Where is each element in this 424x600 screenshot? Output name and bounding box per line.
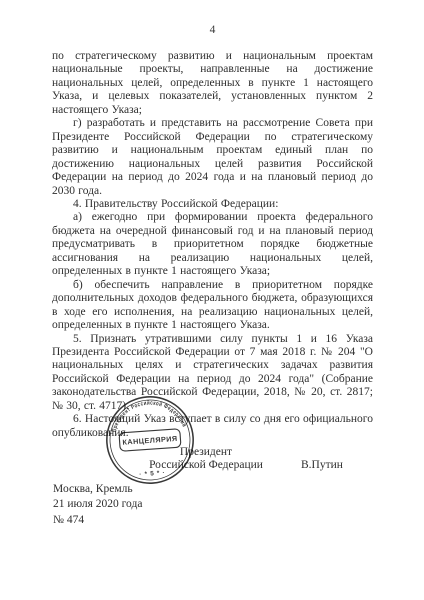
page-number: 4 xyxy=(52,24,373,36)
paragraph-point-5: 5. Признать утратившими силу пункты 1 и … xyxy=(52,333,373,414)
paragraph-point-6: 6. Настоящий Указ вступает в силу со дня… xyxy=(52,413,373,440)
document-page: 4 по стратегическому развитию и национал… xyxy=(0,0,424,600)
paragraph-continuation: по стратегическому развитию и национальн… xyxy=(52,50,373,117)
issue-date: 21 июля 2020 года xyxy=(53,497,142,512)
stamp-ring-text: Президент Российской Федерации xyxy=(110,397,187,433)
signatory-name: В.Путин xyxy=(301,459,343,472)
paragraph-item-b: б) обеспечить направление в приоритетном… xyxy=(52,279,373,333)
chancellery-stamp-icon: Президент Российской Федерации · * 5 * ·… xyxy=(101,391,199,489)
issue-details: Москва, Кремль 21 июля 2020 года № 474 xyxy=(53,482,142,528)
stamp-bottom-number: · * 5 * · xyxy=(139,469,166,478)
stamp-center-text: КАНЦЕЛЯРИЯ xyxy=(122,434,178,447)
paragraph-item-a: а) ежегодно при формировании проекта фед… xyxy=(52,211,373,278)
paragraph-point-4: 4. Правительству Российской Федерации: xyxy=(52,198,373,211)
paragraph-item-g: г) разработать и представить на рассмотр… xyxy=(52,117,373,198)
issue-place: Москва, Кремль xyxy=(53,482,142,497)
decree-body: по стратегическому развитию и национальн… xyxy=(52,50,373,440)
issue-number: № 474 xyxy=(53,513,142,528)
